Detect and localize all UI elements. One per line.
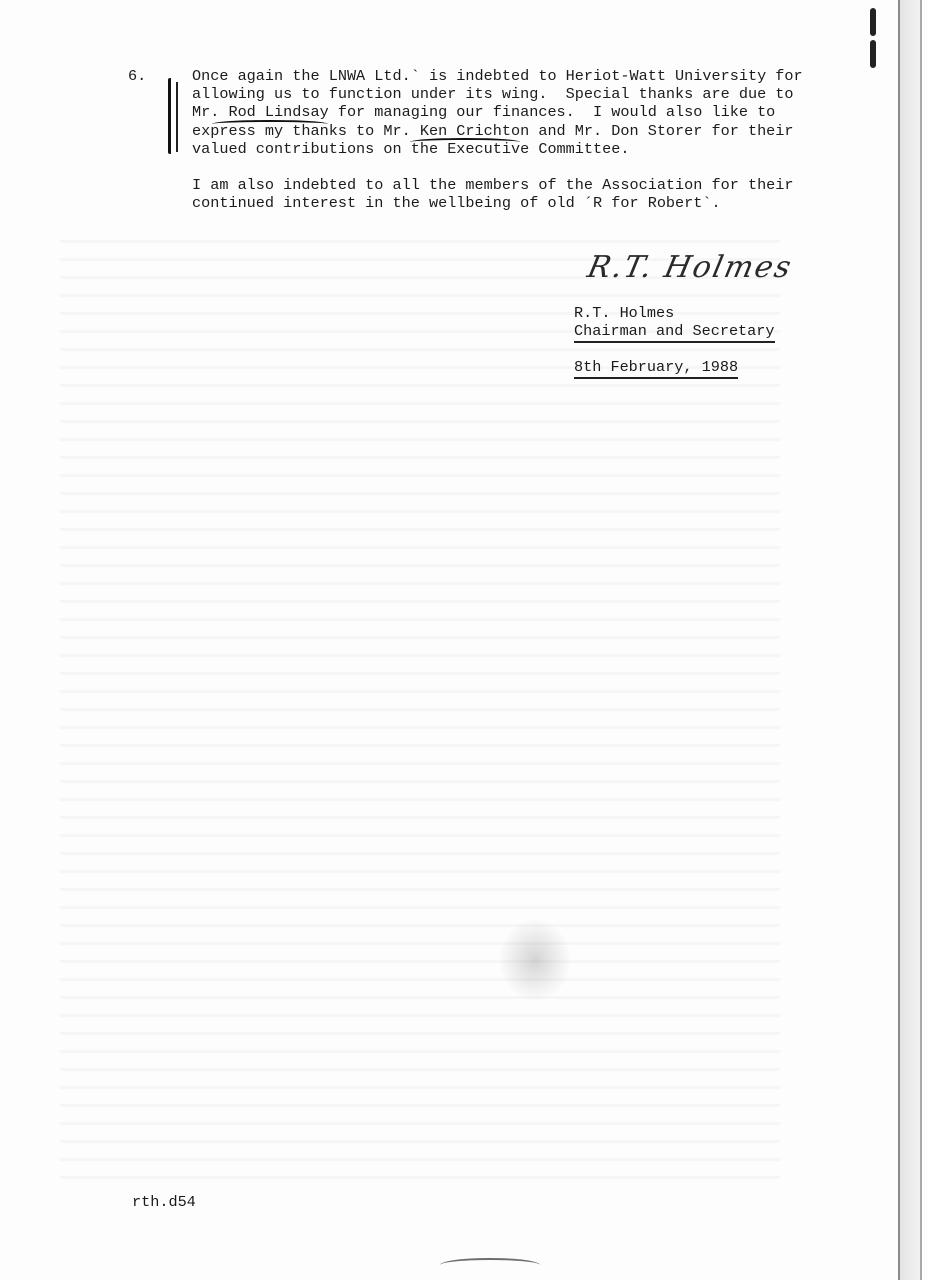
margin-bracket-mark bbox=[168, 78, 181, 154]
paragraph-members-thanks: I am also indebted to all the members of… bbox=[192, 176, 794, 212]
footer-reference: rth.d54 bbox=[132, 1193, 196, 1211]
handwritten-underline-ken-crichton bbox=[410, 138, 520, 146]
scanned-page: 6. Once again the LNWA Ltd.` is indebted… bbox=[0, 0, 928, 1280]
signatory-name: R.T. Holmes bbox=[574, 304, 674, 322]
binding-strip bbox=[900, 0, 920, 1280]
margin-bracket-mark-inner bbox=[176, 82, 178, 152]
ink-smudge bbox=[500, 920, 570, 1000]
page-edge-curl bbox=[440, 1258, 540, 1272]
handwritten-signature: R.T. Holmes bbox=[584, 250, 796, 285]
staple-mark-icon bbox=[870, 40, 876, 68]
signatory-title: Chairman and Secretary bbox=[574, 322, 775, 343]
handwritten-underline-rod-lindsay bbox=[212, 120, 328, 128]
binding-edge-outer bbox=[920, 0, 922, 1280]
item-number: 6. bbox=[128, 67, 146, 85]
staple-mark-icon bbox=[870, 8, 876, 36]
letter-date: 8th February, 1988 bbox=[574, 358, 738, 379]
